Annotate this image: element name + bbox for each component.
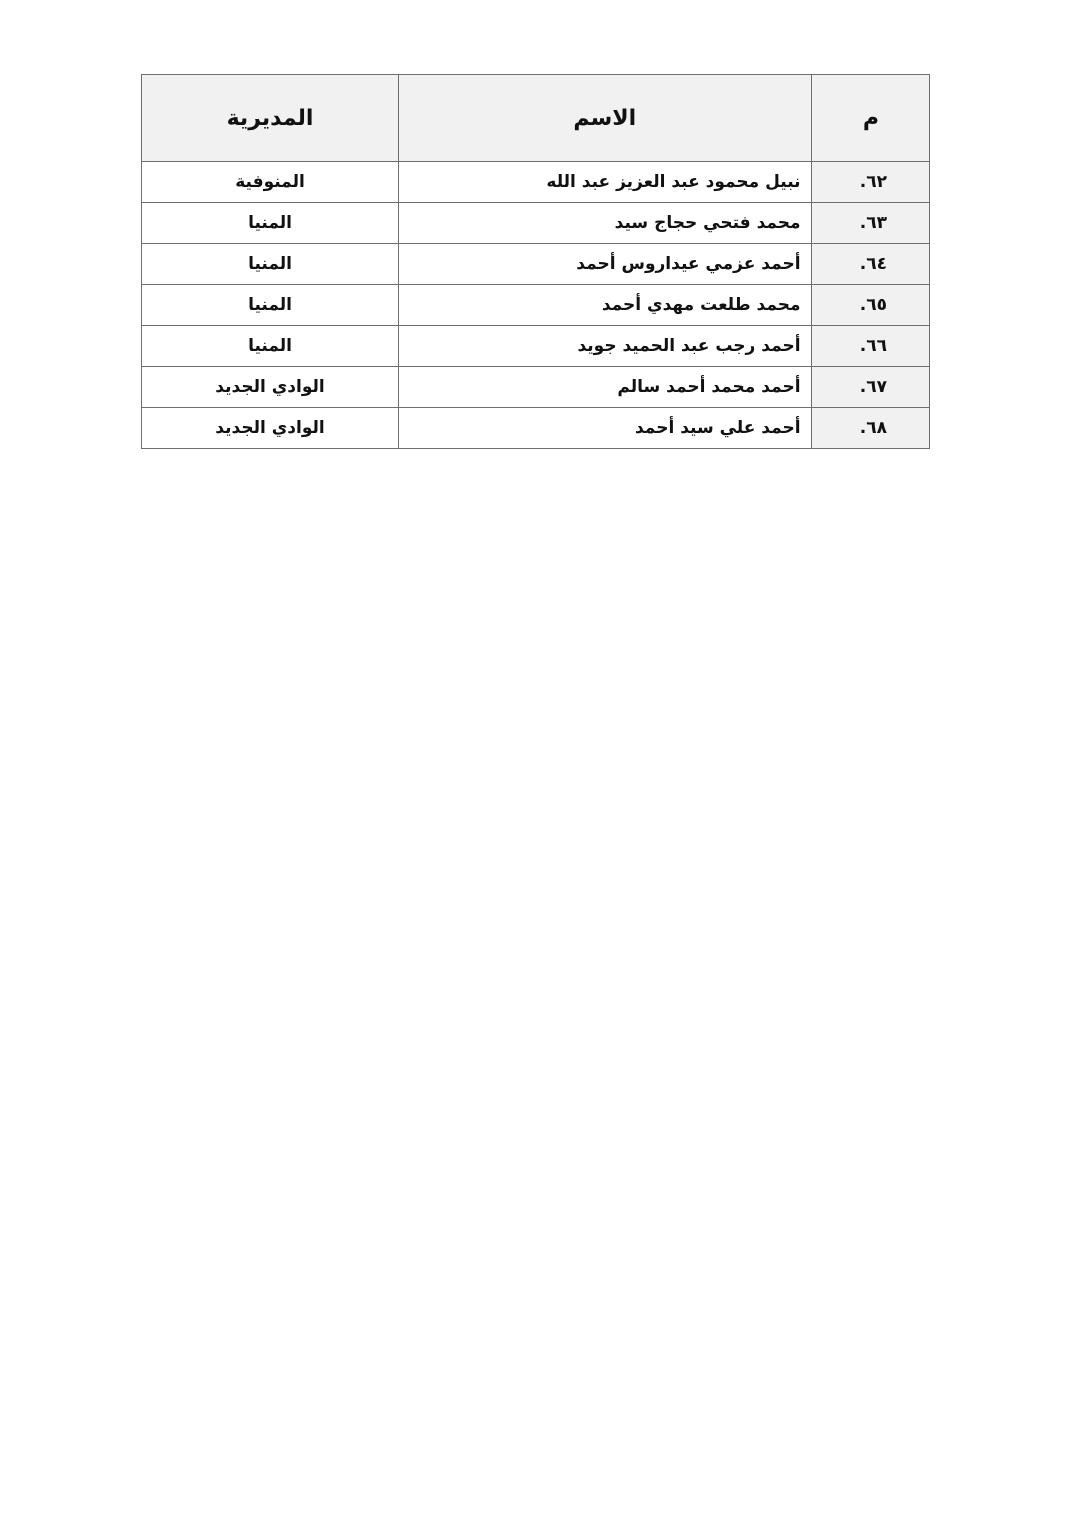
row-name: أحمد محمد أحمد سالم (399, 367, 812, 408)
row-number: ٦٤. (811, 244, 929, 285)
row-directorate: الوادي الجديد (142, 367, 399, 408)
row-name: محمد فتحي حجاج سيد (399, 203, 812, 244)
row-number: ٦٥. (811, 285, 929, 326)
row-name: أحمد عزمي عيداروس أحمد (399, 244, 812, 285)
row-directorate: المنيا (142, 285, 399, 326)
row-number: ٦٦. (811, 326, 929, 367)
header-number: م (811, 75, 929, 162)
row-directorate: المنيا (142, 203, 399, 244)
table-row: ٦٣. محمد فتحي حجاج سيد المنيا (142, 203, 930, 244)
row-directorate: الوادي الجديد (142, 408, 399, 449)
row-number: ٦٣. (811, 203, 929, 244)
row-name: أحمد رجب عبد الحميد جويد (399, 326, 812, 367)
row-name: أحمد علي سيد أحمد (399, 408, 812, 449)
row-directorate: المنوفية (142, 162, 399, 203)
roster-table: م الاسم المديرية ٦٢. نبيل محمود عبد العز… (141, 74, 930, 449)
table-row: ٦٤. أحمد عزمي عيداروس أحمد المنيا (142, 244, 930, 285)
row-number: ٦٨. (811, 408, 929, 449)
row-number: ٦٧. (811, 367, 929, 408)
row-directorate: المنيا (142, 326, 399, 367)
table-header-row: م الاسم المديرية (142, 75, 930, 162)
table-row: ٦٨. أحمد علي سيد أحمد الوادي الجديد (142, 408, 930, 449)
row-directorate: المنيا (142, 244, 399, 285)
document-page: م الاسم المديرية ٦٢. نبيل محمود عبد العز… (0, 0, 1080, 1527)
table-row: ٦٧. أحمد محمد أحمد سالم الوادي الجديد (142, 367, 930, 408)
table-row: ٦٥. محمد طلعت مهدي أحمد المنيا (142, 285, 930, 326)
row-name: محمد طلعت مهدي أحمد (399, 285, 812, 326)
header-name: الاسم (399, 75, 812, 162)
row-number: ٦٢. (811, 162, 929, 203)
table-row: ٦٦. أحمد رجب عبد الحميد جويد المنيا (142, 326, 930, 367)
header-directorate: المديرية (142, 75, 399, 162)
row-name: نبيل محمود عبد العزيز عبد الله (399, 162, 812, 203)
table-row: ٦٢. نبيل محمود عبد العزيز عبد الله المنو… (142, 162, 930, 203)
